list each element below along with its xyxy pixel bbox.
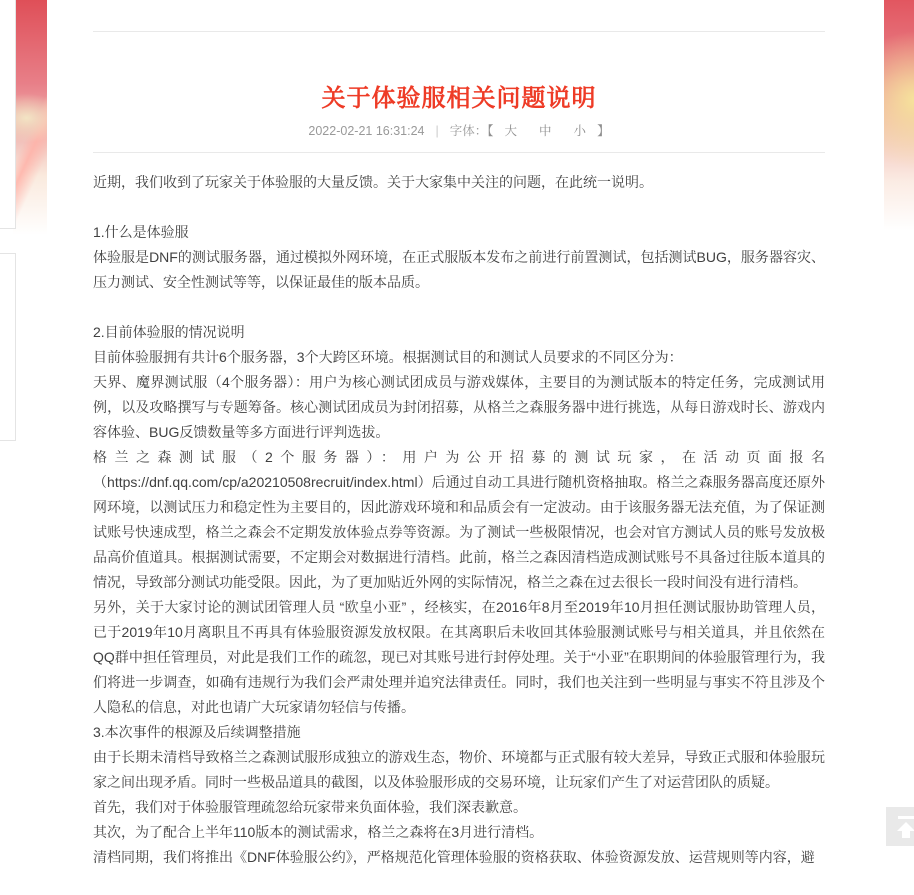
article-paragraph: 另外，关于大家讨论的测试团管理人员 “欧皇小亚” ，经核实，在2016年8月至2… (93, 595, 825, 720)
font-size-medium-button[interactable]: 中 (539, 123, 552, 140)
article-paragraph: 近期，我们收到了玩家关于体验服的大量反馈。关于大家集中关注的问题，在此统一说明。 (93, 170, 825, 195)
article-paragraph: 1.什么是体验服 (93, 220, 825, 245)
announcement-page: 关于体验服相关问题说明 2022-02-21 16:31:24|字体：【大中小】… (0, 0, 914, 895)
article-paragraph: 目前体验服拥有共计6个服务器，3个大跨区环境。根据测试目的和测试人员要求的不同区… (93, 345, 825, 370)
window-fragment-bottom (0, 253, 16, 441)
back-to-top-icon (886, 807, 914, 846)
festive-background-left (13, 0, 47, 245)
bracket-close: 】 (597, 124, 610, 138)
article-paragraph: 3.本次事件的根源及后续调整措施 (93, 720, 825, 745)
article-panel: 关于体验服相关问题说明 2022-02-21 16:31:24|字体：【大中小】… (93, 0, 825, 895)
font-size-label: 字体： (450, 124, 488, 138)
paragraph-spacer (93, 295, 825, 320)
page-title: 关于体验服相关问题说明 (93, 84, 825, 114)
divider-meta (93, 152, 825, 153)
back-to-top-button[interactable] (886, 807, 914, 846)
article-paragraph: 其次，为了配合上半年110版本的测试需求，格兰之森将在3月进行清档。 (93, 820, 825, 845)
meta-separator: | (435, 124, 438, 138)
article-paragraph: 首先，我们对于体验服管理疏忽给玩家带来负面体验，我们深表歉意。 (93, 795, 825, 820)
article-paragraph: 由于长期未清档导致格兰之森测试服形成独立的游戏生态，物价、环境都与正式服有较大差… (93, 745, 825, 795)
festive-background-right (884, 0, 914, 240)
paragraph-spacer (93, 195, 825, 220)
bracket-open: 【 (487, 124, 493, 138)
publish-datetime: 2022-02-21 16:31:24 (308, 124, 424, 138)
article-paragraph: 格兰之森测试服（2个服务器）：用户为公开招募的测试玩家，在活动页面报名（http… (93, 445, 825, 595)
font-size-large-button[interactable]: 大 (505, 123, 518, 140)
article-paragraph: 体验服是DNF的测试服务器，通过模拟外网环境，在正式服版本发布之前进行前置测试，… (93, 245, 825, 295)
font-size-small-button[interactable]: 小 (574, 123, 587, 140)
article-paragraph: 清档同期，我们将推出《DNF体验服公约》，严格规范化管理体验服的资格获取、体验资… (93, 845, 825, 870)
article-paragraph: 天界、魔界测试服（4个服务器）：用户为核心测试团成员与游戏媒体，主要目的为测试版… (93, 370, 825, 445)
window-fragment-top (0, 0, 16, 229)
divider-top (93, 31, 825, 32)
article-meta: 2022-02-21 16:31:24|字体：【大中小】 (93, 123, 825, 140)
article-body: 近期，我们收到了玩家关于体验服的大量反馈。关于大家集中关注的问题，在此统一说明。… (93, 170, 825, 870)
article-paragraph: 2.目前体验服的情况说明 (93, 320, 825, 345)
